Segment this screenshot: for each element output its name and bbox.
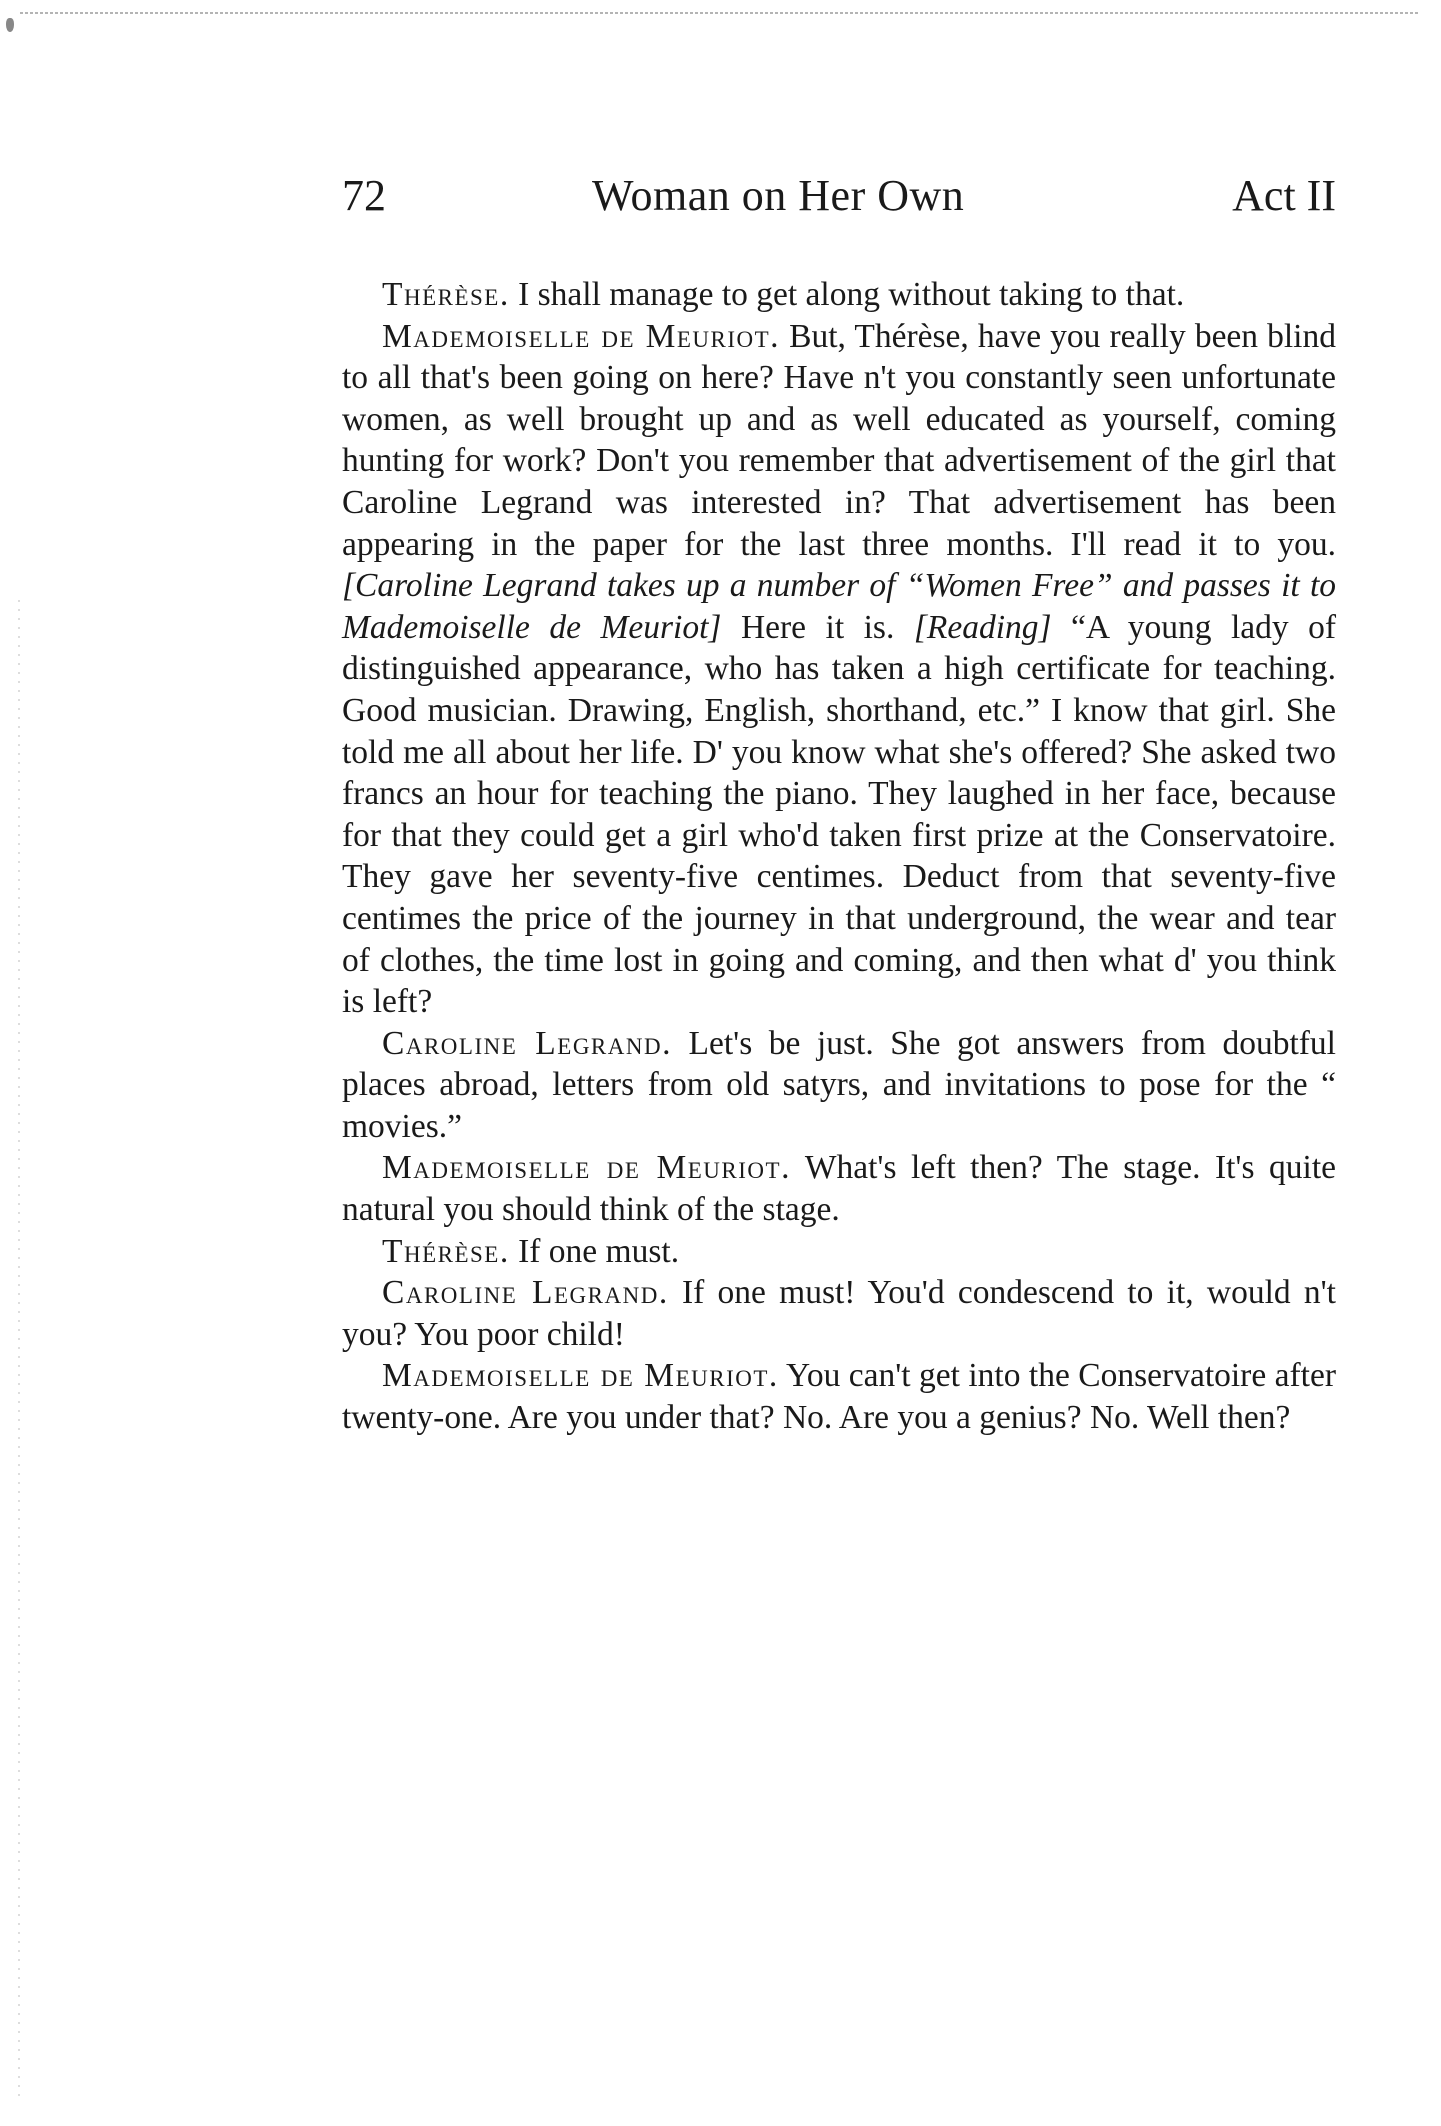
dialogue-paragraph: Mademoiselle de Meuriot. You can't get i… — [342, 1355, 1336, 1438]
page-edge-artifact — [20, 12, 1420, 14]
speech-text: I shall manage to get along without taki… — [510, 276, 1185, 313]
speech-text: “A young lady of distinguished appearanc… — [342, 609, 1336, 1020]
dialogue-paragraph: Thérèse. I shall manage to get along wit… — [342, 274, 1336, 316]
speaker-name: Caroline Legrand. — [382, 1025, 672, 1062]
dialogue-paragraph: Thérèse. If one must. — [342, 1231, 1336, 1273]
speaker-name: Thérèse. — [382, 1233, 510, 1270]
speech-text: If one must. — [510, 1233, 679, 1270]
page-number: 72 — [342, 170, 386, 221]
page-body: Thérèse. I shall manage to get along wit… — [342, 274, 1336, 1439]
speaker-name: Thérèse. — [382, 276, 510, 313]
speaker-name: Mademoiselle de Meuriot. — [382, 1149, 791, 1186]
speaker-name: Mademoiselle de Meuriot. — [382, 1357, 779, 1394]
act-label: Act II — [1232, 170, 1336, 221]
speech-text: Here it is. — [721, 609, 913, 646]
gutter-shadow — [18, 600, 20, 2100]
speaker-name: Caroline Legrand. — [382, 1274, 669, 1311]
dialogue-paragraph: Caroline Legrand. If one must! You'd con… — [342, 1272, 1336, 1355]
stage-direction: [Reading] — [914, 609, 1052, 646]
book-page: 72 Woman on Her Own Act II Thérèse. I sh… — [342, 170, 1336, 1439]
scan-speck — [6, 18, 14, 32]
book-title: Woman on Her Own — [592, 170, 964, 221]
dialogue-paragraph: Caroline Legrand. Let's be just. She got… — [342, 1023, 1336, 1148]
dialogue-paragraph: Mademoiselle de Meuriot. What's left the… — [342, 1147, 1336, 1230]
running-head: 72 Woman on Her Own Act II — [342, 170, 1336, 230]
speaker-name: Mademoiselle de Meuriot. — [382, 318, 780, 355]
dialogue-paragraph: Mademoiselle de Meuriot. But, Thérèse, h… — [342, 316, 1336, 1023]
